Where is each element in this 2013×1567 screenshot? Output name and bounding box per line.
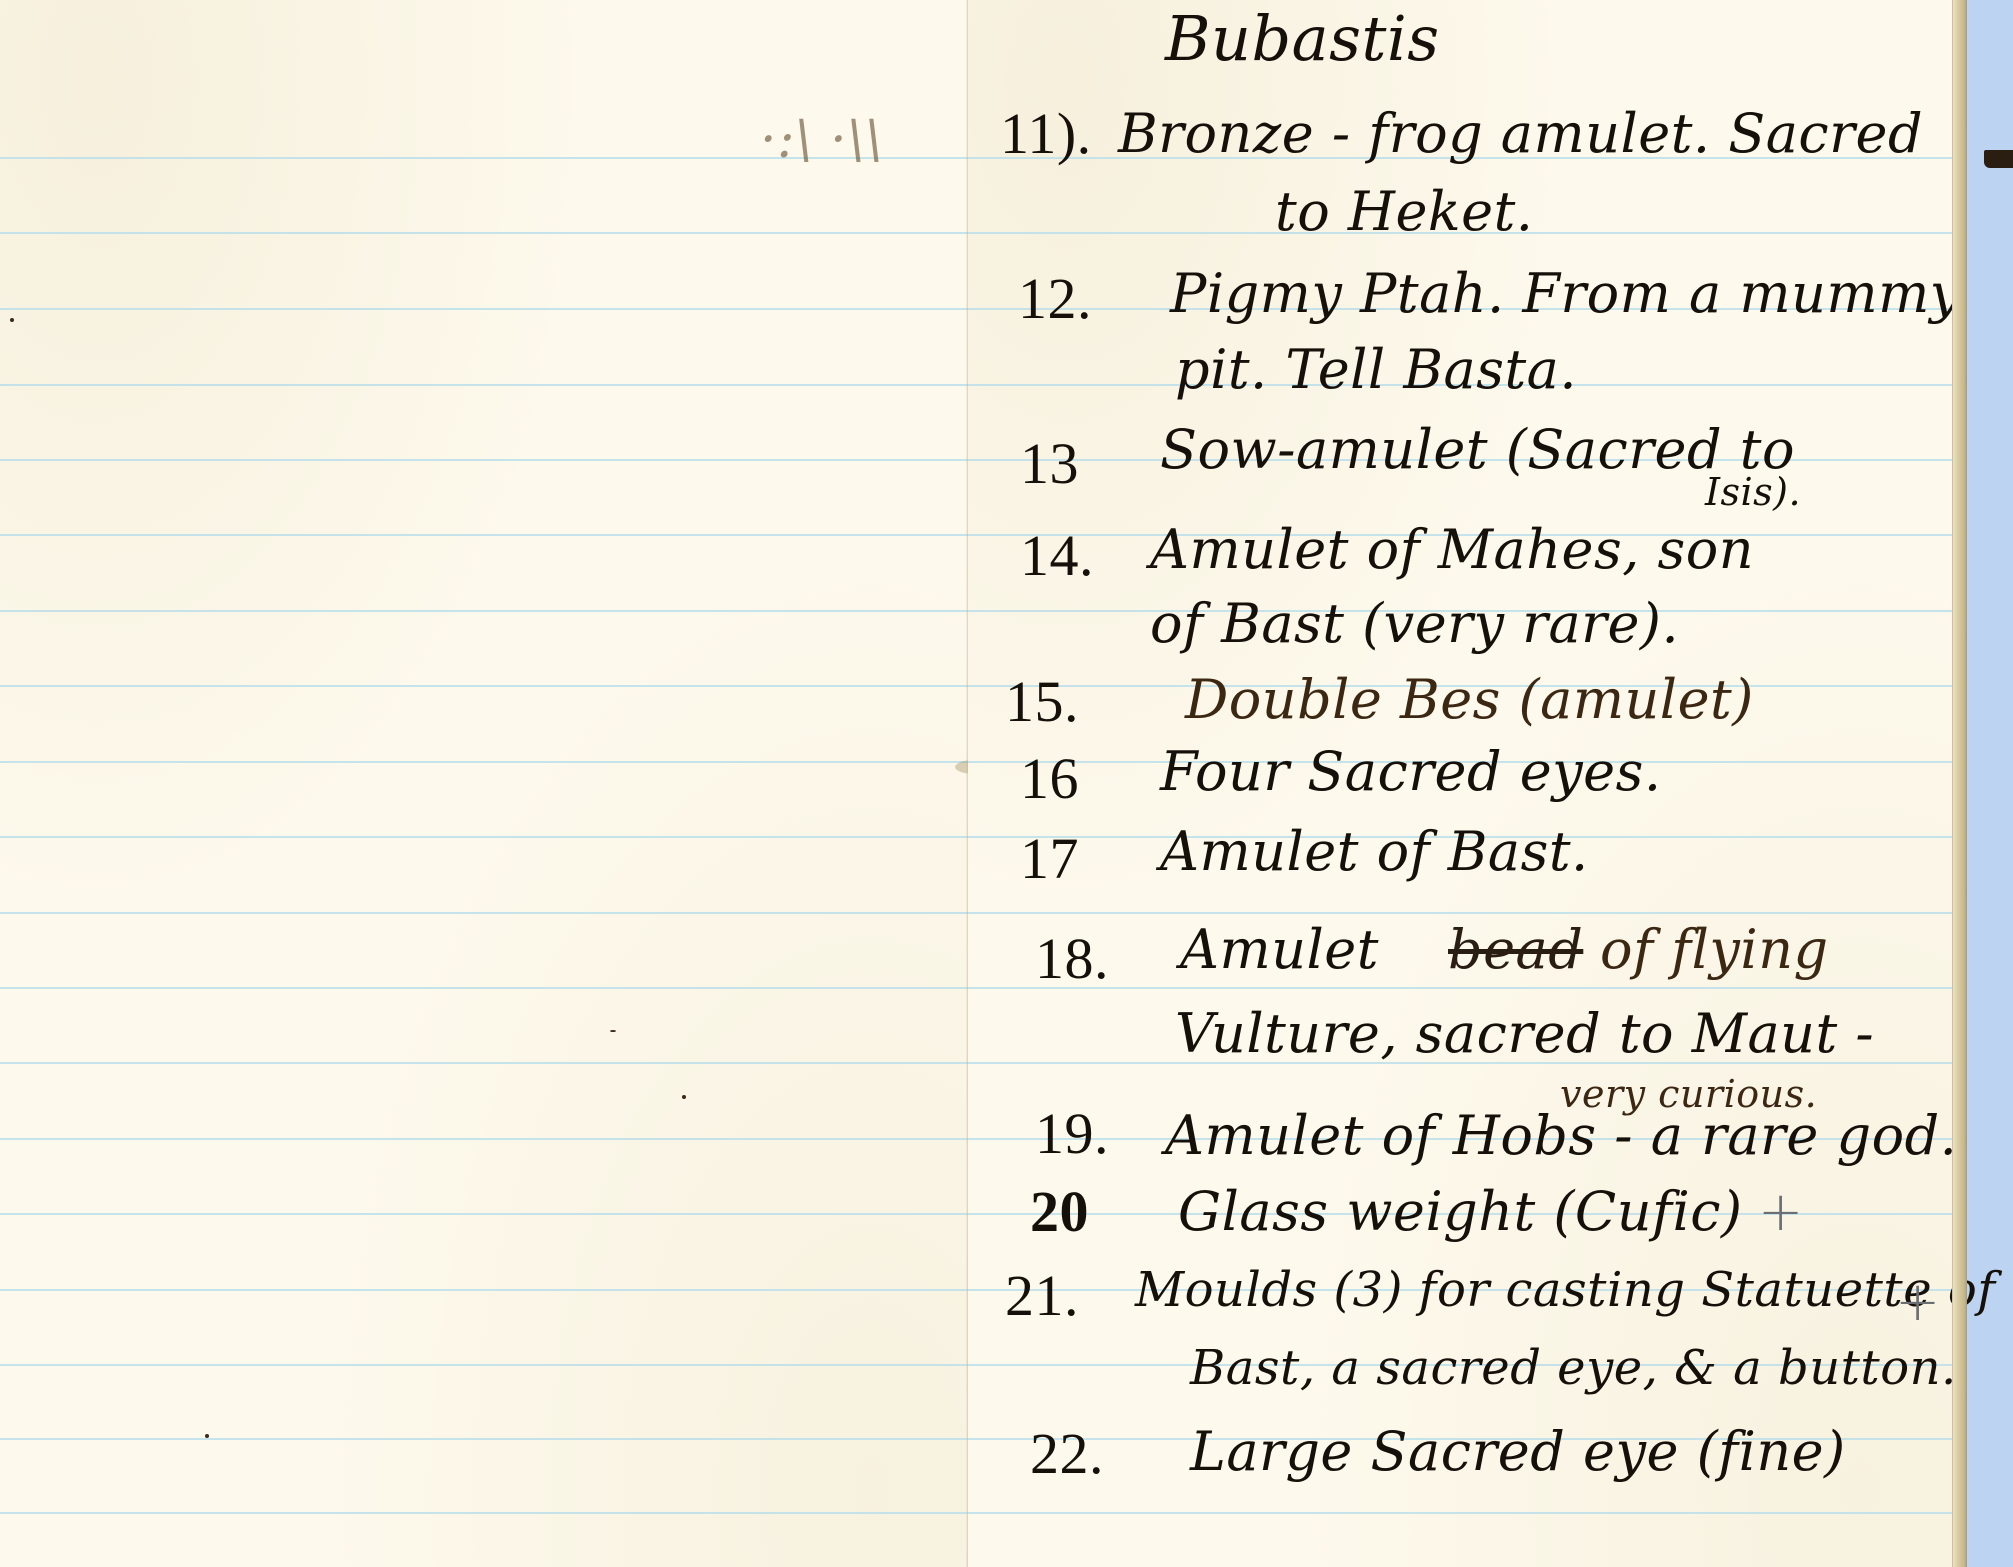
entry-number: 16 <box>1020 745 1079 812</box>
entry-number: 11). <box>1000 100 1092 167</box>
entry-text: Bast, a sacred eye, & a button. <box>1190 1340 1957 1396</box>
entry-text: Glass weight (Cufic) <box>1178 1180 1743 1243</box>
ruled-line <box>0 1062 968 1064</box>
notebook-spread: ·:\ ·\\ Bubastis 11). Bronze - frog amul… <box>0 0 1962 1567</box>
ruled-line <box>0 1364 968 1366</box>
ink-speck <box>682 1095 686 1099</box>
ruled-line <box>0 384 968 386</box>
entry-text: Moulds (3) for casting Statuette of <box>1135 1262 1996 1318</box>
left-page: ·:\ ·\\ <box>0 0 968 1567</box>
ruled-line <box>0 836 968 838</box>
ink-speck <box>10 318 14 322</box>
entry-text: Sow-amulet (Sacred to <box>1160 418 1795 481</box>
entry-text: Amulet <box>1180 918 1379 981</box>
margin-ink-marks: ·:\ ·\\ <box>760 110 883 170</box>
ruled-line <box>0 1213 968 1215</box>
entry-number: 19. <box>1035 1100 1109 1167</box>
ruled-line <box>0 232 968 234</box>
ruled-line <box>0 761 968 763</box>
entry-text: Bronze - frog amulet. Sacred <box>1118 102 1923 165</box>
entry-text: Isis). <box>1705 470 1801 514</box>
entry-number: 21. <box>1005 1262 1079 1329</box>
struck-word: bead <box>1448 918 1583 981</box>
pencil-cross-mark: + <box>1895 1270 1941 1333</box>
ruled-line <box>0 610 968 612</box>
ruled-line <box>0 987 968 989</box>
ruled-line <box>0 534 968 536</box>
ruled-line <box>0 912 968 914</box>
entry-number: 15. <box>1005 668 1079 735</box>
entry-number: 12. <box>1018 265 1092 332</box>
entry-number: 22. <box>1030 1420 1104 1487</box>
entry-number: 20 <box>1030 1178 1089 1245</box>
ruled-line <box>0 1438 968 1440</box>
entry-text: of flying <box>1600 918 1829 981</box>
ruled-line <box>968 987 1958 989</box>
entry-text: to Heket. <box>1275 180 1533 243</box>
entry-text: of Bast (very rare). <box>1150 592 1679 655</box>
entry-number: 13 <box>1020 430 1079 497</box>
entry-number: 14. <box>1020 522 1094 589</box>
page-title: Bubastis <box>1165 2 1440 75</box>
entry-text: pit. Tell Basta. <box>1175 338 1577 401</box>
entry-text: Vulture, sacred to Maut - <box>1175 1002 1874 1065</box>
entry-text: Large Sacred eye (fine) <box>1190 1420 1846 1483</box>
ruled-line <box>0 685 968 687</box>
page-edge <box>1952 0 1967 1567</box>
entry-text: Amulet of Mahes, son <box>1150 518 1754 581</box>
entry-text: Amulet of Bast. <box>1160 820 1589 883</box>
entry-text: Pigmy Ptah. From a mummy <box>1170 262 1961 325</box>
entry-number: 18. <box>1035 925 1109 992</box>
ruled-line <box>968 1512 1958 1514</box>
ruled-line <box>0 1138 968 1140</box>
entry-text: Double Bes (amulet) <box>1185 668 1754 731</box>
pencil-cross-mark: + <box>1758 1180 1804 1243</box>
ruled-line <box>0 1512 968 1514</box>
ruled-line <box>0 1289 968 1291</box>
bookmark-tab <box>1984 150 2013 168</box>
ink-speck <box>610 1030 616 1032</box>
ruled-line <box>0 308 968 310</box>
ink-speck <box>205 1434 209 1438</box>
ruled-line <box>968 912 1958 914</box>
entry-number: 17 <box>1020 825 1079 892</box>
entry-text: Amulet of Hobs - a rare god. <box>1165 1104 1957 1167</box>
ruled-line <box>0 459 968 461</box>
entry-text: Four Sacred eyes. <box>1160 740 1662 803</box>
